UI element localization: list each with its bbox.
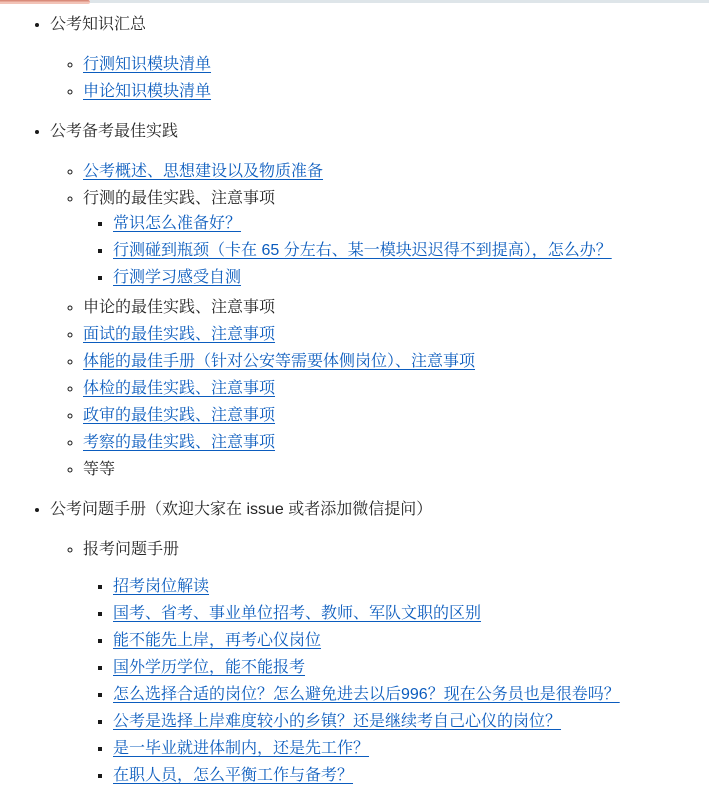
list-item: 在职人员，怎么平衡工作与备考？ [113,762,699,789]
outline-section-knowledge: 公考知识汇总 行测知识模块清单 申论知识模块清单 [50,11,699,105]
list-item: 考察的最佳实践、注意事项 [83,429,699,456]
document-body: 公考知识汇总 行测知识模块清单 申论知识模块清单 公考备考最佳实践 公考概述、思… [0,5,709,806]
link-interview-practices[interactable]: 面试的最佳实践、注意事项 [83,326,275,343]
link-medical-check[interactable]: 体检的最佳实践、注意事项 [83,380,275,397]
list-item: 等等 [83,456,699,483]
list-item: 申论的最佳实践、注意事项 [83,294,699,321]
question-manual-sublist: 报考问题手册 招考岗位解读 国考、省考、事业单位招考、教师、军队文职的区别 能不… [50,536,699,789]
subsection-title-xingce: 行测的最佳实践、注意事项 [83,190,275,207]
list-item: 能不能先上岸，再考心仪岗位 [113,627,699,654]
link-physical-manual[interactable]: 体能的最佳手册（针对公安等需要体侧岗位）、注意事项 [83,353,475,370]
xingce-sublist: 常识怎么准备好？ 行测碰到瓶颈（卡在 65 分左右、某一模块迟迟得不到提高），怎… [83,210,699,291]
list-item: 是一毕业就进体制内，还是先工作？ [113,735,699,762]
section-title: 公考问题手册（欢迎大家在 issue 或者添加微信提问） [50,501,432,518]
list-item: 面试的最佳实践、注意事项 [83,321,699,348]
list-item: 行测学习感受自测 [113,264,699,291]
document-page: 公考知识汇总 行测知识模块清单 申论知识模块清单 公考备考最佳实践 公考概述、思… [0,0,709,806]
link-township-vs-ideal[interactable]: 公考是选择上岸难度较小的乡镇？还是继续考自己心仪的岗位？ [113,713,561,730]
list-item: 体检的最佳实践、注意事项 [83,375,699,402]
etc-text: 等等 [83,461,115,478]
list-item: 常识怎么准备好？ [113,210,699,237]
link-shenlun-knowledge-list[interactable]: 申论知识模块清单 [83,83,211,100]
list-item: 行测碰到瓶颈（卡在 65 分左右、某一模块迟迟得不到提高），怎么办？ [113,237,699,264]
link-political-review[interactable]: 政审的最佳实践、注意事项 [83,407,275,424]
link-choose-suitable-post[interactable]: 怎么选择合适的岗位？怎么避免进去以后996？现在公务员也是很卷吗？ [113,686,620,703]
link-land-first-then-ideal[interactable]: 能不能先上岸，再考心仪岗位 [113,632,321,649]
link-exam-type-differences[interactable]: 国考、省考、事业单位招考、教师、军队文职的区别 [113,605,481,622]
list-item: 体能的最佳手册（针对公安等需要体侧岗位）、注意事项 [83,348,699,375]
list-item: 行测的最佳实践、注意事项 常识怎么准备好？ 行测碰到瓶颈（卡在 65 分左右、某… [83,185,699,291]
list-item: 政审的最佳实践、注意事项 [83,402,699,429]
progress-track-bar [90,0,709,3]
list-item: 国外学历学位，能不能报考 [113,654,699,681]
link-post-interpretation[interactable]: 招考岗位解读 [113,578,209,595]
list-item: 申论知识模块清单 [83,78,699,105]
link-inspection[interactable]: 考察的最佳实践、注意事项 [83,434,275,451]
link-xingce-knowledge-list[interactable]: 行测知识模块清单 [83,56,211,73]
link-graduate-or-work-first[interactable]: 是一毕业就进体制内，还是先工作？ [113,740,369,757]
section-title: 公考知识汇总 [50,16,146,33]
outline-section-question-manual: 公考问题手册（欢迎大家在 issue 或者添加微信提问） 报考问题手册 招考岗位… [50,496,699,789]
knowledge-sublist: 行测知识模块清单 申论知识模块清单 [50,51,699,105]
link-changshi-prepare[interactable]: 常识怎么准备好？ [113,215,241,232]
progress-accent-bar [0,0,90,4]
subsection-title-apply-questions: 报考问题手册 [83,541,179,558]
apply-questions-sublist: 招考岗位解读 国考、省考、事业单位招考、教师、军队文职的区别 能不能先上岸，再考… [83,573,699,789]
link-foreign-degree[interactable]: 国外学历学位，能不能报考 [113,659,305,676]
best-practices-sublist: 公考概述、思想建设以及物质准备 行测的最佳实践、注意事项 常识怎么准备好？ 行测… [50,158,699,483]
outline-section-best-practices: 公考备考最佳实践 公考概述、思想建设以及物质准备 行测的最佳实践、注意事项 常识… [50,118,699,483]
link-xingce-self-test[interactable]: 行测学习感受自测 [113,269,241,286]
list-item: 报考问题手册 招考岗位解读 国考、省考、事业单位招考、教师、军队文职的区别 能不… [83,536,699,789]
section-title: 公考备考最佳实践 [50,123,178,140]
link-balance-work-study[interactable]: 在职人员，怎么平衡工作与备考？ [113,767,353,784]
list-item: 国考、省考、事业单位招考、教师、军队文职的区别 [113,600,699,627]
list-item: 公考概述、思想建设以及物质准备 [83,158,699,185]
subsection-title-shenlun: 申论的最佳实践、注意事项 [83,299,275,316]
link-overview-preparation[interactable]: 公考概述、思想建设以及物质准备 [83,163,323,180]
link-xingce-bottleneck[interactable]: 行测碰到瓶颈（卡在 65 分左右、某一模块迟迟得不到提高），怎么办？ [113,242,612,259]
list-item: 招考岗位解读 [113,573,699,600]
list-item: 怎么选择合适的岗位？怎么避免进去以后996？现在公务员也是很卷吗？ [113,681,699,708]
list-item: 公考是选择上岸难度较小的乡镇？还是继续考自己心仪的岗位？ [113,708,699,735]
list-item: 行测知识模块清单 [83,51,699,78]
outline-list: 公考知识汇总 行测知识模块清单 申论知识模块清单 公考备考最佳实践 公考概述、思… [0,11,699,789]
